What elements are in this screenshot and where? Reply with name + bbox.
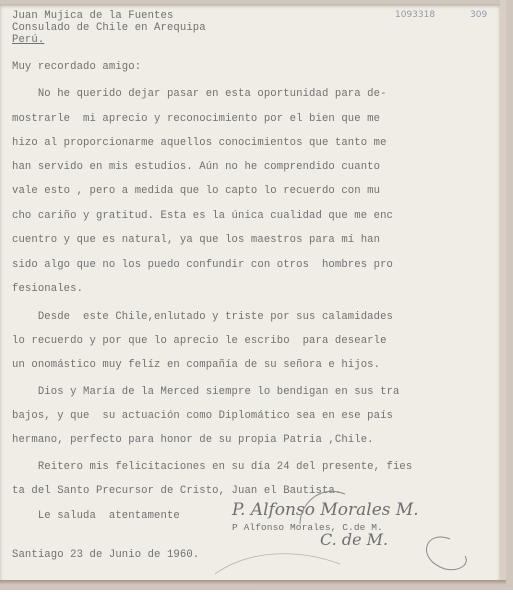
address-recipient: Juan Mujica de la Fuentes	[12, 10, 173, 22]
salutation: Muy recordado amigo:	[12, 61, 141, 73]
body-line: cho cariño y gratitud. Esta es la única …	[12, 210, 393, 222]
page-edge-right	[500, 0, 506, 585]
body-line: cuentro y que es natural, ya que los mae…	[12, 234, 380, 246]
body-line: No he querido dejar pasar en esta oportu…	[12, 88, 387, 100]
body-line: lo recuerdo y por que lo aprecio le escr…	[12, 335, 387, 347]
handwritten-signature: P. Alfonso Morales M.	[232, 500, 419, 520]
body-line: hizo al proporcionarme aquellos conocimi…	[12, 137, 387, 149]
body-line: Desde este Chile,enlutado y triste por s…	[12, 311, 393, 323]
letter-page: 1093318 309 Juan Mujica de la Fuentes Co…	[0, 4, 500, 582]
body-line: mostrarle mi aprecio y reconocimiento po…	[12, 113, 380, 125]
handwritten-signature-order: C. de M.	[320, 530, 388, 549]
page-number: 309	[470, 10, 487, 20]
body-line: han servido en mis estudios. Aún no he c…	[12, 161, 380, 173]
body-line: hermano, perfecto para honor de su propi…	[12, 434, 374, 446]
page-edge-bottom	[0, 580, 506, 585]
body-line: Reitero mis felicitaciones en su día 24 …	[12, 461, 412, 473]
body-line: sido algo que no los puedo confundir con…	[12, 259, 393, 271]
archive-number: 1093318	[395, 10, 435, 20]
body-line: ta del Santo Precursor de Cristo, Juan e…	[12, 485, 341, 497]
address-office: Consulado de Chile en Arequipa	[12, 22, 206, 34]
body-line: un onomástico muy felíz en compañía de s…	[12, 359, 380, 371]
body-line: fesionales.	[12, 283, 83, 295]
body-line: bajos, y que su actuación como Diplomáti…	[12, 410, 393, 422]
place-date: Santiago 23 de Junio de 1960.	[12, 549, 199, 561]
address-country: Perú.	[12, 34, 44, 46]
closing: Le saluda atentamente	[12, 510, 180, 522]
body-line: Dios y María de la Merced siempre lo ben…	[12, 386, 399, 398]
body-line: vale esto , pero a medida que lo capto l…	[12, 185, 380, 197]
